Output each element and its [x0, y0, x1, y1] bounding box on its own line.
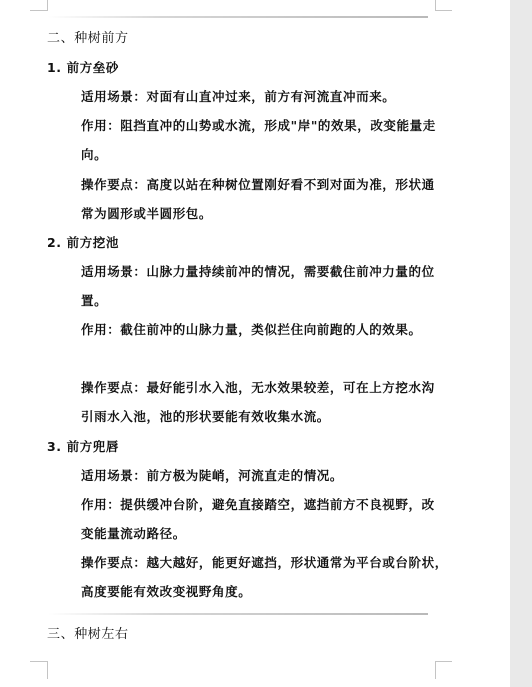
page-break-bottom: [48, 613, 428, 615]
page-break-top: [48, 16, 428, 18]
paragraph-line: 变能量流动路径。: [81, 526, 186, 542]
paragraph-line: 作用：提供缓冲台阶，避免直接踏空，遮挡前方不良视野，改: [81, 497, 435, 513]
paragraph-line: 适用场景：前方极为陡峭，河流直走的情况。: [81, 468, 343, 484]
section-heading: 二、种树前方: [47, 31, 129, 47]
paragraph-line: 向。: [81, 147, 107, 163]
item-title: 1. 前方垒砂: [47, 60, 119, 76]
paragraph-line: 引雨水入池，池的形状要能有效收集水流。: [81, 409, 330, 425]
paragraph-line: 作用：截住前冲的山脉力量，类似拦住向前跑的人的效果。: [81, 322, 422, 338]
paragraph-line: 置。: [81, 293, 107, 309]
paragraph-line: 常为圆形或半圆形包。: [81, 206, 212, 222]
item-title: 2. 前方挖池: [47, 235, 119, 251]
paragraph-line: 操作要点：高度以站在种树位置刚好看不到对面为准，形状通: [81, 177, 435, 193]
paragraph-line: 适用场景：山脉力量持续前冲的情况，需要截住前冲力量的位: [81, 264, 435, 280]
paragraph-line: 适用场景：对面有山直冲过来，前方有河流直冲而来。: [81, 89, 395, 105]
paragraph-line: 操作要点：越大越好，能更好遮挡，形状通常为平台或台阶状，: [81, 555, 448, 571]
paragraph-line: 作用：阻挡直冲的山势或水流，形成"岸"的效果，改变能量走: [81, 118, 436, 134]
paragraph-line: 操作要点：最好能引水入池，无水效果较差，可在上方挖水沟: [81, 380, 435, 396]
item-title: 3. 前方兜唇: [47, 439, 119, 455]
document-viewport: 二、种树前方 1. 前方垒砂 适用场景：对面有山直冲过来，前方有河流直冲而来。 …: [0, 0, 532, 687]
paragraph-line: 高度要能有效改变视野角度。: [81, 584, 251, 600]
section-heading: 三、种树左右: [47, 627, 129, 643]
vertical-scrollbar-track[interactable]: [510, 0, 532, 687]
